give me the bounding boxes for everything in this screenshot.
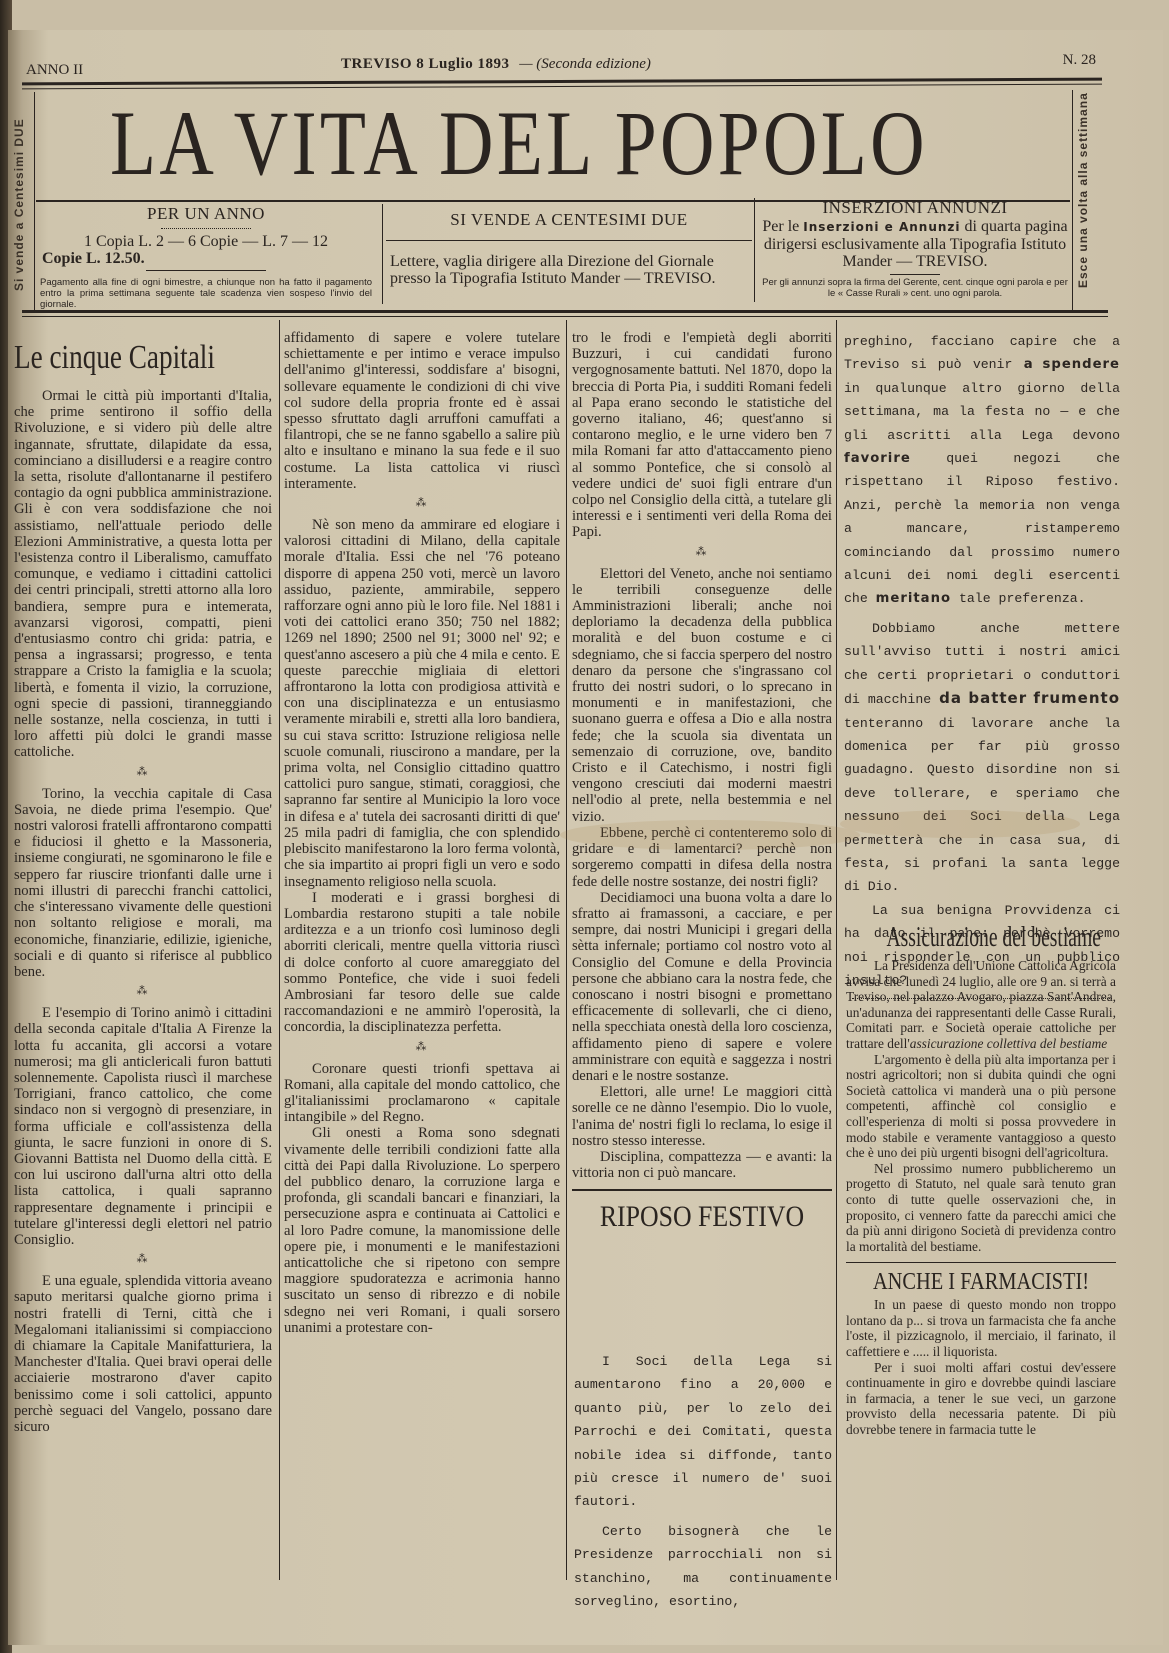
article-paragraph: Elettori del Veneto, anche noi sentiamo … xyxy=(572,566,832,825)
article-paragraph: Ormai le città più importanti d'Italia, … xyxy=(14,388,272,761)
section-rule xyxy=(846,1262,1116,1263)
asterism: ⁂ xyxy=(284,1042,560,1053)
article-paragraph: In un paese di questo mondo non troppo l… xyxy=(846,1297,1116,1359)
article-paragraph: Per i suoi molti affari costui dev'esser… xyxy=(846,1360,1116,1438)
section-rule xyxy=(572,1189,832,1191)
header-bottom-rule-thin xyxy=(22,316,1108,317)
ads-box: INSERZIONI ANNUNZI Per le Inserzioni e A… xyxy=(758,198,1072,310)
headline-cinque-capitali: Le cinque Capitali xyxy=(14,336,220,380)
asterism: ⁂ xyxy=(14,767,272,778)
sale-box: SI VENDE A CENTESIMI DUE Lettere, vaglia… xyxy=(386,198,752,310)
header-bottom-rule xyxy=(22,310,1108,313)
info-row: PER UN ANNO 1 Copia L. 2 — 6 Copie — L. … xyxy=(32,198,1072,310)
emphasis-meritano: meritano xyxy=(876,591,951,606)
ads-note: Per gli annunzi sopra la firma del Geren… xyxy=(758,277,1072,299)
article-paragraph: I Soci della Lega si aumentarono fino a … xyxy=(574,1350,832,1514)
dateline: TREVISO 8 Luglio 1893 — (Seconda edizion… xyxy=(341,56,651,73)
ads-heading: INSERZIONI ANNUNZI xyxy=(758,198,1072,218)
info-divider-1 xyxy=(382,204,383,304)
volume-number: ANNO II xyxy=(26,62,83,79)
italic-run: assicurazione collettiva del bestiame xyxy=(910,1036,1107,1051)
title-box: LA VITA DEL POPOLO xyxy=(30,82,1070,192)
ads-text: Per le Inserzioni e Annunzi di quarta pa… xyxy=(758,218,1072,270)
text-run: tenteranno di lavorare anche la domenica… xyxy=(844,716,1120,895)
info-divider-2 xyxy=(754,198,755,302)
article-paragraph: affidamento di sapere e volere tutelare … xyxy=(284,330,560,492)
column-2: affidamento di sapere e volere tutelare … xyxy=(284,330,560,1336)
article-paragraph: I moderati e i grassi borghesi di Lombar… xyxy=(284,890,560,1036)
article-paragraph: Torino, la vecchia capitale di Casa Savo… xyxy=(14,786,272,980)
article-paragraph: Certo bisognerà che le Presidenze parroc… xyxy=(574,1520,832,1614)
column-1: Le cinque Capitali Ormai le città più im… xyxy=(14,330,272,1435)
column-rule-2 xyxy=(566,320,567,1580)
article-paragraph: tro le frodi e l'empietà degli aborriti … xyxy=(572,330,832,541)
article-paragraph: Nel prossimo numero pubblicheremo un pro… xyxy=(846,1161,1116,1255)
asterism: ⁂ xyxy=(14,1254,272,1265)
article-paragraph: Gli onesti a Roma sono sdegnati vivament… xyxy=(284,1125,560,1336)
sale-text: Lettere, vaglia dirigere alla Direzione … xyxy=(386,253,752,287)
column-3: tro le frodi e l'empietà degli aborriti … xyxy=(572,330,832,1237)
article-paragraph: L'argomento è della più alta importanza … xyxy=(846,1052,1116,1161)
article-paragraph: E l'esempio di Torino animò i cittadini … xyxy=(14,1005,272,1248)
emphasis-favorire: favorire xyxy=(844,451,911,466)
article-paragraph: La Presidenza dell'Unione Cattolica Agri… xyxy=(846,958,1116,1052)
headline-farmacisti: ANCHE I FARMACISTI! xyxy=(866,1267,1096,1297)
article-paragraph: Decidiamoci una buona volta a dare lo sf… xyxy=(572,890,832,1084)
column-4: preghino, facciano capire che a Treviso … xyxy=(844,330,1120,1005)
riposo-festivo-body-col3: I Soci della Lega si aumentarono fino a … xyxy=(574,1350,832,1613)
emphasis-spendere: a spendere xyxy=(1024,357,1120,372)
emphasis-frumento: da batter frumento xyxy=(939,689,1120,707)
assicurazione-article: Assicurazione del bestiame La Presidenza… xyxy=(846,918,1116,1438)
ads-text-bold: Inserzioni e Annunzi xyxy=(803,220,960,234)
city-date: TREVISO 8 Luglio 1893 xyxy=(341,56,509,72)
paper-stain xyxy=(560,820,860,850)
article-paragraph: Disciplina, compattezza — e avanti: la v… xyxy=(572,1149,832,1181)
headline-riposo-festivo: RIPOSO FESTIVO xyxy=(590,1197,814,1237)
paper-stain xyxy=(840,810,1080,838)
asterism: ⁂ xyxy=(14,986,272,997)
article-paragraph: preghino, facciano capire che a Treviso … xyxy=(844,330,1120,611)
headline-assicurazione: Assicurazione del bestiame xyxy=(887,918,1076,958)
text-run: quei negozi che rispettano il Riposo fes… xyxy=(844,451,1120,606)
right-frame xyxy=(1072,90,1073,310)
column-rule-3 xyxy=(836,320,837,1580)
article-paragraph: Dobbiamo anche mettere sull'avviso tutti… xyxy=(844,617,1120,899)
sale-heading: SI VENDE A CENTESIMI DUE xyxy=(386,210,752,230)
masthead-top: ANNO II TREVISO 8 Luglio 1893 — (Seconda… xyxy=(26,52,1106,80)
subscription-box: PER UN ANNO 1 Copia L. 2 — 6 Copie — L. … xyxy=(36,198,376,310)
text-run: in qualunque altro giorno della settiman… xyxy=(844,381,1120,443)
subscription-prices: 1 Copia L. 2 — 6 Copie — L. 7 — 12 xyxy=(36,233,376,250)
article-paragraph: Nè son meno da ammirare ed elogiare i va… xyxy=(284,517,560,890)
text-run: tale preferenza. xyxy=(959,591,1086,606)
newspaper-title: LA VITA DEL POPOLO xyxy=(110,90,848,196)
asterism: ⁂ xyxy=(284,498,560,509)
ads-text-pre: Per le xyxy=(762,218,799,235)
article-paragraph: E una eguale, splendida vittoria aveano … xyxy=(14,1273,272,1435)
edition-note: — (Seconda edizione) xyxy=(519,56,651,72)
payment-note: Pagamento alla fine di ogni bimestre, a … xyxy=(36,277,376,310)
issue-number: N. 28 xyxy=(1063,52,1096,69)
side-frequency-note: Esce una volta alla settimana xyxy=(1076,90,1110,290)
subscription-heading: PER UN ANNO xyxy=(36,204,376,224)
subscription-prices-2: Copie L. 12.50. xyxy=(36,250,376,267)
article-paragraph: Elettori, alle urne! Le maggiori città s… xyxy=(572,1084,832,1149)
column-rule-1 xyxy=(279,320,280,1580)
article-paragraph: Coronare questi trionfi spettava ai Roma… xyxy=(284,1061,560,1126)
asterism: ⁂ xyxy=(572,547,832,558)
